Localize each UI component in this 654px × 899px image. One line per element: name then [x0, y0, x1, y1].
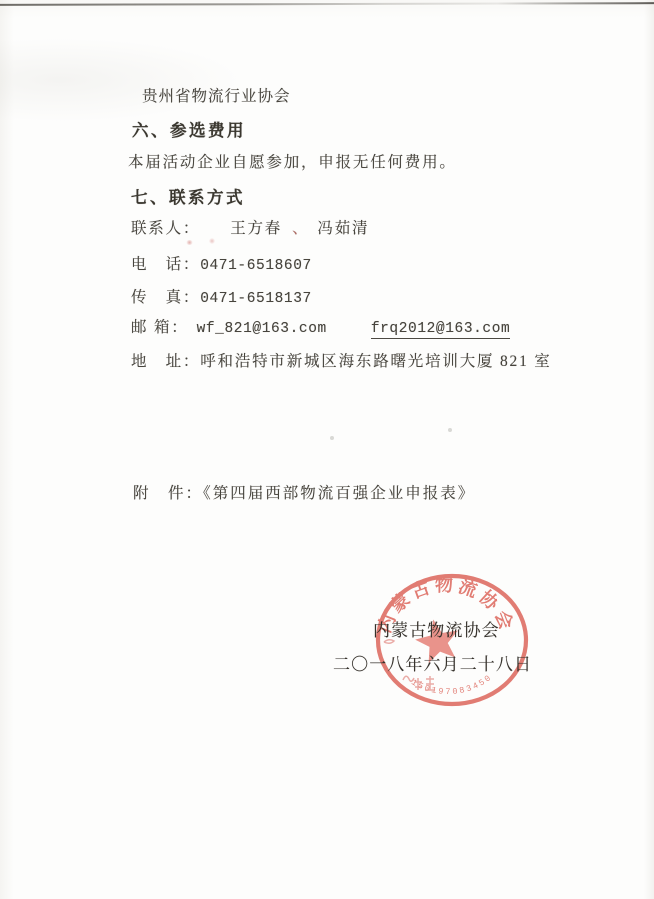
- scanner-edge-artifact: [0, 2, 654, 6]
- email-secondary: frq2012@163.com: [371, 321, 511, 339]
- attachment-label: 附 件：: [133, 485, 203, 502]
- fax-number: 0471-6518137: [200, 291, 312, 307]
- phone-label: 电 话：: [131, 256, 200, 273]
- phone-number: 0471-6518607: [200, 258, 312, 274]
- phone-row: 电 话：0471-6518607: [131, 252, 312, 274]
- contact-name-1: 王方春: [230, 220, 282, 237]
- paper-speck: [330, 436, 334, 440]
- ink-smudge: [209, 238, 215, 244]
- paper-speck: [448, 428, 452, 432]
- fax-label: 传 真：: [131, 289, 200, 306]
- email-label: 邮 箱：: [131, 319, 189, 336]
- fee-section-heading: 六、参选费用: [132, 117, 246, 141]
- scanned-page: 贵州省物流行业协会 六、参选费用 本届活动企业自愿参加，申报无任何费用。 七、联…: [0, 0, 654, 899]
- name-separator: 、: [292, 220, 309, 237]
- attachment-title: 《第四届西部物流百强企业申报表》: [203, 485, 475, 502]
- signature-org: 内蒙古物流协会: [373, 616, 500, 641]
- contact-person-row: 联系人：王方春、冯茹清: [131, 216, 369, 238]
- ink-smudge: [186, 240, 193, 245]
- email-row: 邮 箱：wf_821@163.comfrq2012@163.com: [131, 315, 510, 337]
- email-primary: wf_821@163.com: [197, 321, 327, 337]
- signature-date: 二〇一八年六月二十八日: [333, 650, 532, 675]
- contact-section-heading: 七、联系方式: [131, 184, 245, 208]
- address-label: 地 址：: [131, 353, 200, 370]
- fee-section-body: 本届活动企业自愿参加，申报无任何费用。: [128, 150, 457, 172]
- stamp-serial: 150197083450: [409, 672, 494, 697]
- address-row: 地 址：呼和浩特市新城区海东路曙光培训大厦 821 室: [131, 349, 552, 371]
- fax-row: 传 真：0471-6518137: [131, 285, 312, 307]
- intro-org-line: 贵州省物流行业协会: [142, 84, 291, 106]
- contact-label: 联系人：: [131, 220, 200, 237]
- address-value: 呼和浩特市新城区海东路曙光培训大厦 821 室: [200, 353, 551, 370]
- contact-name-2: 冯茹清: [317, 220, 369, 237]
- attachment-row: 附 件：《第四届西部物流百强企业申报表》: [133, 481, 475, 503]
